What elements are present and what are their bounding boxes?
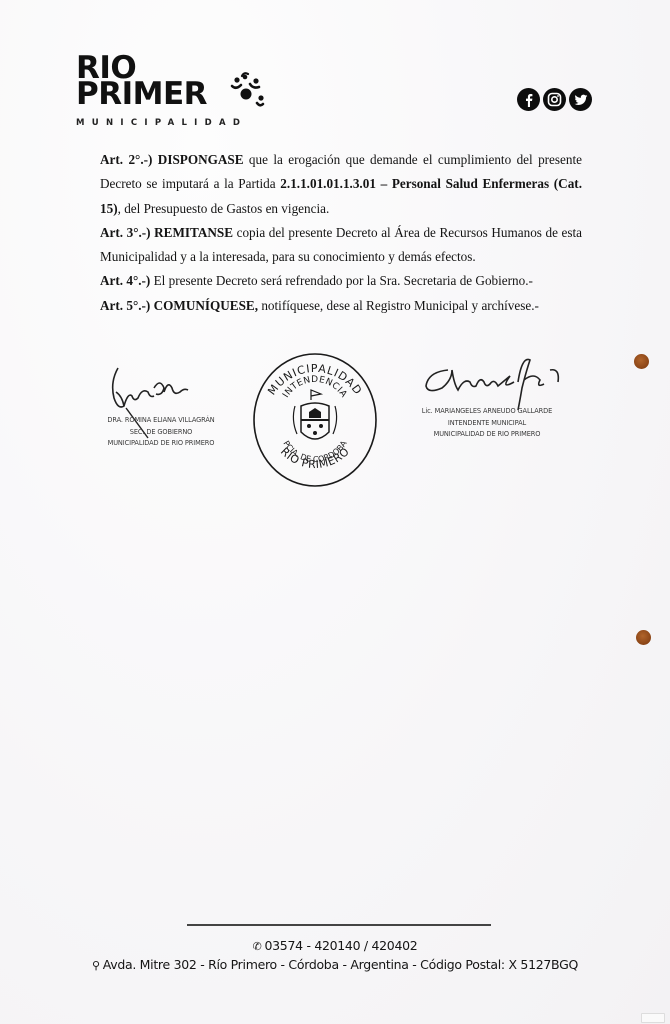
municipal-stamp: MUNICIPALIDAD INTENDENCIA PCIA. DE CORDO…	[251, 350, 379, 488]
footer-address: ⚲Avda. Mitre 302 - Río Primero - Córdoba…	[0, 957, 670, 972]
sun-people-icon	[226, 72, 266, 112]
article-5: Art. 5°.-) COMUNÍQUESE, notifíquese, des…	[100, 294, 582, 318]
signer-org: MUNICIPALIDAD DE RIO PRIMERO	[412, 429, 562, 441]
footer-divider	[187, 924, 491, 926]
facebook-icon[interactable]	[517, 88, 540, 111]
logo-subtitle: MUNICIPALIDAD	[76, 118, 247, 128]
article-2: Art. 2°.-) DISPONGASE que la erogación q…	[100, 148, 582, 221]
signature-scribble-right	[418, 352, 578, 412]
location-pin-icon: ⚲	[92, 959, 100, 972]
article-keyword: COMUNÍQUESE,	[154, 298, 258, 313]
logo-line2: PRIMER	[76, 80, 207, 108]
municipality-logo: RIO PRIMER MUNICIPALIDAD	[76, 54, 276, 132]
signature-block-left: DRA. ROMINA ELIANA VILLAGRÁN SEC. DE GOB…	[96, 415, 226, 450]
punch-hole	[636, 630, 651, 645]
scanner-watermark	[641, 1013, 665, 1023]
signer-org: MUNICIPALIDAD DE RIO PRIMERO	[96, 438, 226, 450]
phone-icon: ✆	[253, 940, 262, 953]
signature-block-right: Lic. MARIANGELES ARNEUDO GALLARDE INTEND…	[412, 406, 562, 441]
article-3: Art. 3°.-) REMITANSE copia del presente …	[100, 221, 582, 270]
twitter-icon[interactable]	[569, 88, 592, 111]
signer-role: INTENDENTE MUNICIPAL	[412, 418, 562, 430]
article-4: Art. 4°.-) El presente Decreto será refr…	[100, 269, 582, 293]
decree-body: Art. 2°.-) DISPONGASE que la erogación q…	[100, 148, 582, 318]
document-page: RIO PRIMER MUNICIPALIDAD Art. 2°.-) DISP…	[0, 0, 670, 1024]
article-keyword: REMITANSE	[154, 225, 233, 240]
signer-name: Lic. MARIANGELES ARNEUDO GALLARDE	[412, 406, 562, 418]
article-keyword: DISPONGASE	[158, 152, 244, 167]
social-icons	[517, 88, 592, 111]
punch-hole	[634, 354, 649, 369]
footer-phone: ✆03574 - 420140 / 420402	[0, 938, 670, 953]
instagram-icon[interactable]	[543, 88, 566, 111]
signer-role: SEC. DE GOBIERNO	[96, 427, 226, 439]
signer-name: DRA. ROMINA ELIANA VILLAGRÁN	[96, 415, 226, 427]
